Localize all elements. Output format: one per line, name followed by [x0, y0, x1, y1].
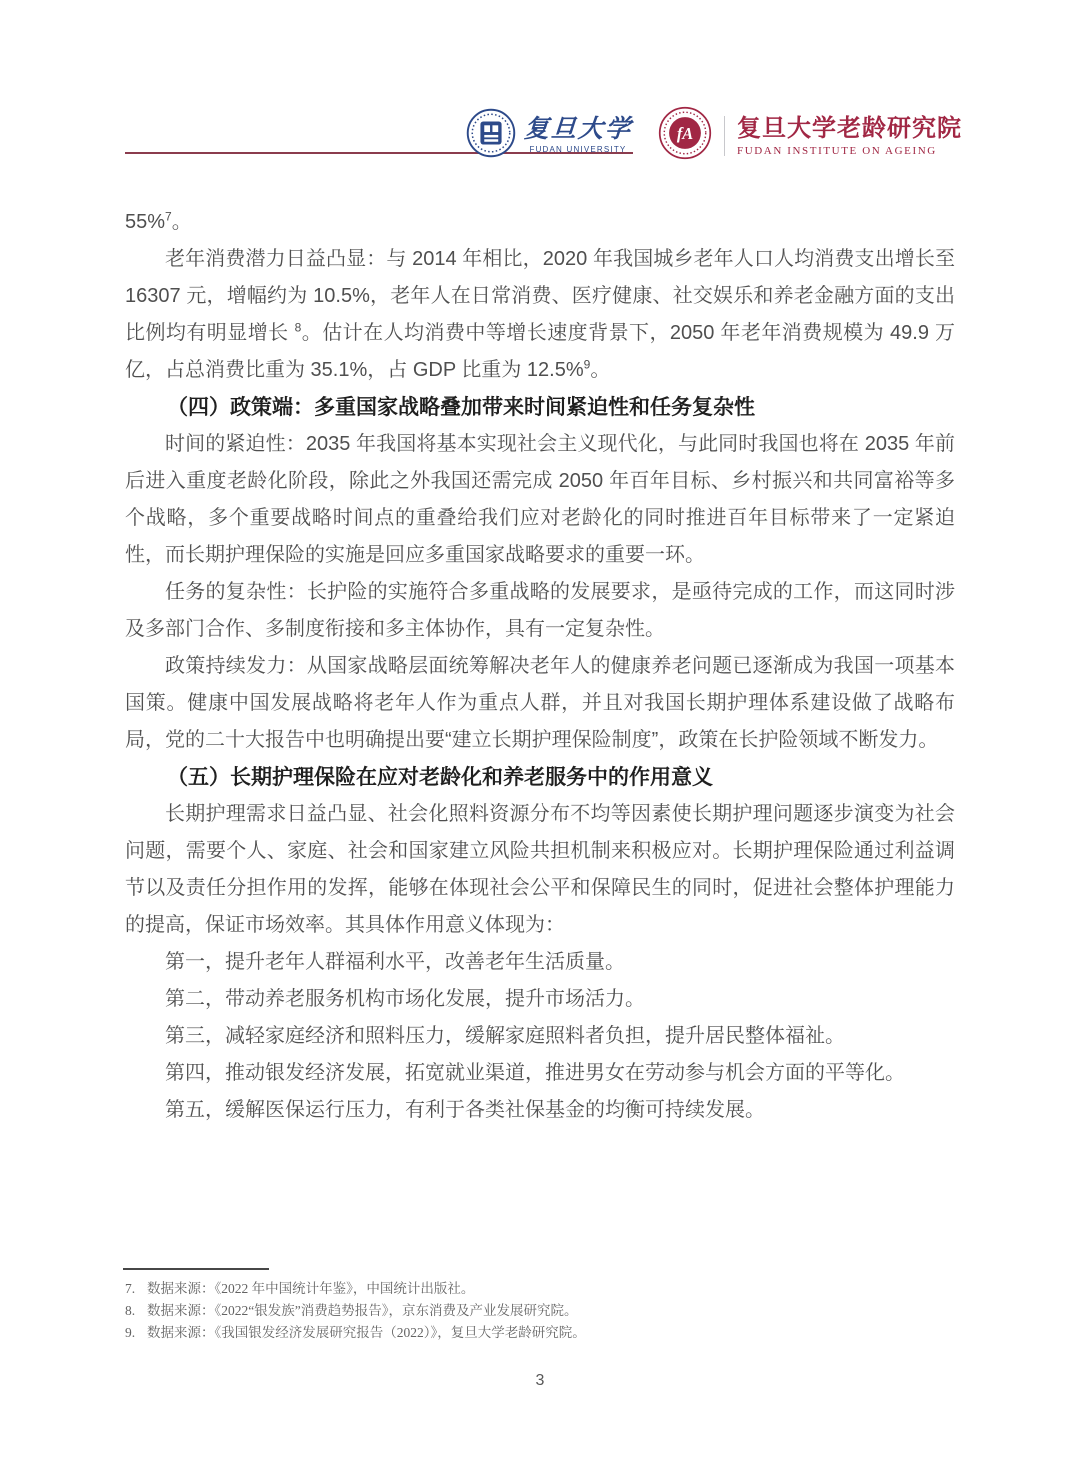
- footnote-rule: [123, 1268, 269, 1270]
- footnote-8-number: 8.: [125, 1300, 143, 1322]
- paragraph-time-urgency: 时间的紧迫性：2035 年我国将基本实现社会主义现代化，与此同时我国也将在 20…: [125, 426, 955, 574]
- fia-name-en: FUDAN INSTITUTE ON AGEING: [737, 145, 962, 157]
- footnote-7-text: 数据来源：《2022 年中国统计年鉴》，中国统计出版社。: [147, 1281, 474, 1296]
- fudan-university-logo: 复旦大学 FUDAN UNIVERSITY: [466, 108, 632, 163]
- fia-name-zh: 复旦大学老龄研究院: [737, 115, 962, 143]
- section-heading-4: （四）政策端：多重国家战略叠加带来时间紧迫性和任务复杂性: [125, 389, 955, 426]
- footnote-7: 7.数据来源：《2022 年中国统计年鉴》，中国统计出版社。: [125, 1278, 955, 1300]
- fia-logo-text: 复旦大学老龄研究院 FUDAN INSTITUTE ON AGEING: [737, 115, 962, 157]
- paragraph-policy-momentum: 政策持续发力：从国家战略层面统筹解决老年人的健康养老问题已逐渐成为我国一项基本国…: [125, 648, 955, 759]
- paragraph-task-complexity: 任务的复杂性：长护险的实施符合多重战略的发展要求，是亟待完成的工作，而这同时涉及…: [125, 574, 955, 648]
- page-number: 3: [0, 1372, 1080, 1390]
- footnote-9: 9.数据来源：《我国银发经济发展研究报告（2022）》，复旦大学老龄研究院。: [125, 1322, 955, 1344]
- section-heading-5: （五）长期护理保险在应对老龄化和养老服务中的作用意义: [125, 759, 955, 796]
- text-55-pre: 55%: [125, 211, 165, 233]
- footnote-9-number: 9.: [125, 1322, 143, 1344]
- fudan-seal-icon: [466, 108, 516, 163]
- fia-logo: fA 复旦大学老龄研究院 FUDAN INSTITUTE ON AGEING: [658, 106, 962, 165]
- fia-badge-icon: fA: [658, 106, 712, 165]
- document-page: 复旦大学 FUDAN UNIVERSITY fA 复旦大学老龄研究院 FU: [0, 0, 1080, 1476]
- fudan-logo-text: 复旦大学 FUDAN UNIVERSITY: [524, 117, 632, 154]
- footnote-8: 8.数据来源：《2022“银发族”消费趋势报告》，京东消费及产业发展研究院。: [125, 1300, 955, 1322]
- footnote-8-text: 数据来源：《2022“银发族”消费趋势报告》，京东消费及产业发展研究院。: [147, 1303, 577, 1318]
- fudan-name-zh: 复旦大学: [523, 117, 633, 143]
- svg-text:fA: fA: [677, 124, 693, 143]
- fudan-name-en: FUDAN UNIVERSITY: [524, 145, 632, 154]
- logo-divider: [724, 116, 725, 156]
- text-55-post: 。: [172, 211, 192, 233]
- header-logos: 复旦大学 FUDAN UNIVERSITY fA 复旦大学老龄研究院 FU: [466, 106, 962, 165]
- list-item-4: 第四，推动银发经济发展，拓宽就业渠道，推进男女在劳动参与机会方面的平等化。: [125, 1055, 955, 1092]
- list-item-3: 第三，减轻家庭经济和照料压力，缓解家庭照料者负担，提升居民整体福祉。: [125, 1018, 955, 1055]
- footnote-7-number: 7.: [125, 1278, 143, 1300]
- footnotes: 7.数据来源：《2022 年中国统计年鉴》，中国统计出版社。 8.数据来源：《2…: [125, 1278, 955, 1344]
- footnote-ref-7: 7: [165, 209, 172, 223]
- list-item-1: 第一，提升老年人群福利水平，改善老年生活质量。: [125, 944, 955, 981]
- list-item-2: 第二，带动养老服务机构市场化发展，提升市场活力。: [125, 981, 955, 1018]
- paragraph-elderly-consumption: 老年消费潜力日益凸显：与 2014 年相比，2020 年我国城乡老年人口人均消费…: [125, 241, 955, 389]
- document-body: 55%7。 老年消费潜力日益凸显：与 2014 年相比，2020 年我国城乡老年…: [125, 204, 955, 1129]
- consumption-text-3: 。: [590, 359, 610, 381]
- footnote-9-text: 数据来源：《我国银发经济发展研究报告（2022）》，复旦大学老龄研究院。: [147, 1325, 586, 1340]
- paragraph-55-percent: 55%7。: [125, 204, 955, 241]
- paragraph-ltc-significance: 长期护理需求日益凸显、社会化照料资源分布不均等因素使长期护理问题逐步演变为社会问…: [125, 796, 955, 944]
- list-item-5: 第五，缓解医保运行压力，有利于各类社保基金的均衡可持续发展。: [125, 1092, 955, 1129]
